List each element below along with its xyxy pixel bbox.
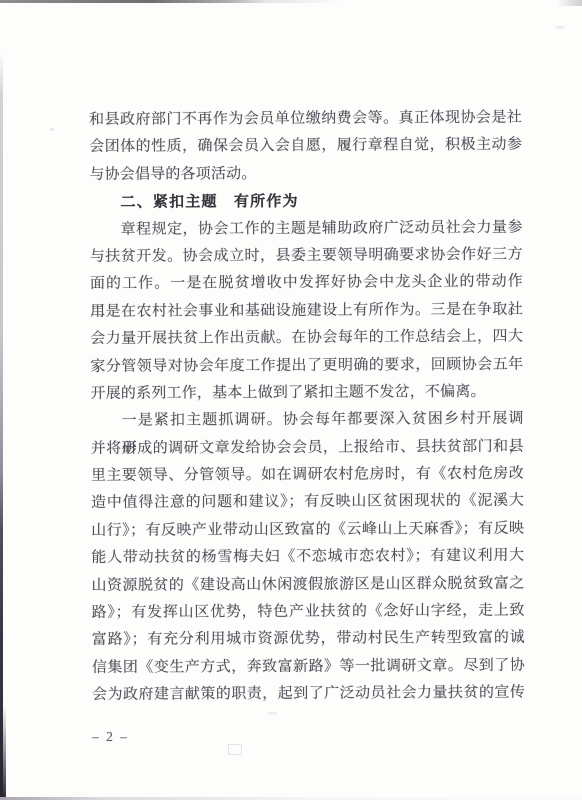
- text-line: 会为政府建言献策的职责，起到了广泛动员社会力量扶贫的宣传: [92, 680, 525, 710]
- text-line: 并将形成的调研文章发给协会会员，上报给市、县扶贫部门和县: [91, 433, 524, 463]
- text-line: 和县政府部门不再作为会员单位缴纳费会等。真正体现协会是社: [89, 105, 522, 135]
- scan-speck: [556, 26, 564, 29]
- scanned-document-page: 和县政府部门不再作为会员单位缴纳费会等。真正体现协会是社 会团体的性质，确保会员…: [0, 0, 582, 800]
- text-line: 富路》；有充分利用城市资源优势，带动村民生产转型致富的诚: [92, 625, 525, 655]
- text-line: 信集团《变生产方式，奔致富新路》等一批调研文章。尽到了协: [92, 653, 525, 683]
- text-line: 会力量开展扶贫上作出贡献。在协会每年的工作总结会上，四大: [90, 324, 523, 354]
- text-line: 二是在农村社会事业和基础设施建设上有所作为。三是在争取社: [90, 296, 523, 326]
- scan-speck: [50, 128, 54, 131]
- text-line: 里主要领导、分管领导。如在调研农村危房时，有《农村危房改: [91, 461, 524, 491]
- text-line: 开展的系列工作，基本上做到了紧扣主题不发岔，不偏离。: [90, 379, 523, 409]
- scan-speck: [268, 712, 277, 715]
- scan-speck-box: [228, 744, 242, 755]
- document-text-block: 和县政府部门不再作为会员单位缴纳费会等。真正体现协会是社 会团体的性质，确保会员…: [89, 105, 525, 710]
- scan-edge-left: [0, 52, 3, 800]
- section-heading: 二、紧扣主题 有所作为: [89, 187, 522, 217]
- text-line: 路》；有发挥山区优势，特色产业扶贫的《念好山字经，走上致: [92, 598, 525, 628]
- text-line: 章程规定，协会工作的主题是辅助政府广泛动员社会力量参: [90, 214, 523, 244]
- text-line: 一是紧扣主题抓调研。协会每年都要深入贫困乡村开展调研，: [91, 406, 524, 436]
- text-line: 与扶贫开发。协会成立时，县委主要领导明确要求协会作好三方: [90, 242, 523, 272]
- text-line: 山资源脱贫的《建设高山休闲渡假旅游区是山区群众脱贫致富之: [91, 570, 524, 600]
- scan-edge-left-bottom: [0, 705, 6, 800]
- page-number: – 2 –: [92, 729, 129, 745]
- text-line: 家分管领导对协会年度工作提出了更明确的要求，回顾协会五年: [90, 351, 523, 381]
- text-line: 会团体的性质，确保会员入会自愿，履行章程自觉，积极主动参: [89, 132, 522, 162]
- text-line: 造中值得注意的问题和建议》；有反映山区贫困现状的《泥溪大: [91, 488, 524, 518]
- text-line: 面的工作。一是在脱贫增收中发挥好协会中龙头企业的带动作用。: [90, 269, 523, 299]
- text-line: 能人带动扶贫的杨雪梅夫妇《不恋城市恋农村》；有建议利用大: [91, 543, 524, 573]
- text-line: 与协会倡导的各项活动。: [89, 160, 522, 190]
- scan-edge-top-right: [556, 0, 582, 6]
- scan-edge-top: [0, 0, 430, 3]
- text-line: 山行》；有反映产业带动山区致富的《云峰山上天麻香》；有反映: [91, 516, 524, 546]
